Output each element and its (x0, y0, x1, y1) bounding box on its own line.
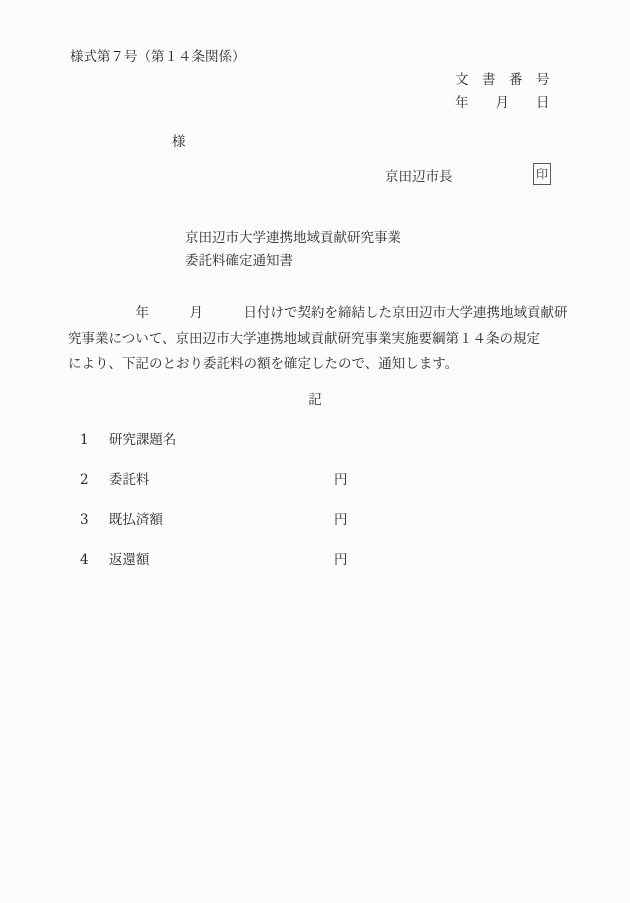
item-label: 委託料 (109, 468, 150, 488)
date-line: 年 月 日 (455, 91, 550, 111)
item-unit: 円 (334, 508, 348, 528)
document-title-line-2: 委託料確定通知書 (185, 249, 293, 269)
seal-box: 印 (533, 163, 551, 185)
list-item: 3 既払済額 円 (80, 508, 560, 526)
addressee-honorific: 様 (172, 130, 186, 150)
item-number: 1 (80, 432, 89, 448)
item-number: 4 (80, 552, 89, 568)
body-paragraph: 年 月 日付けで契約を締結した京田辺市大学連携地域貢献研 究事業について、京田辺… (68, 301, 588, 378)
document-page: 様式第７号（第１４条関係） 文 書 番 号 年 月 日 様 京田辺市長 印 京田… (0, 0, 630, 903)
item-number: 3 (80, 512, 89, 528)
seal-mark: 印 (536, 167, 548, 181)
list-item: 2 委託料 円 (80, 468, 560, 486)
body-line: により、下記のとおり委託料の額を確定したので、通知します。 (68, 352, 588, 378)
item-label: 研究課題名 (109, 428, 177, 448)
item-label: 返還額 (109, 548, 150, 568)
item-number: 2 (80, 472, 89, 488)
list-item: 1 研究課題名 (80, 428, 560, 446)
form-number: 様式第７号（第１４条関係） (70, 45, 246, 65)
sender-title: 京田辺市長 (385, 165, 453, 185)
item-unit: 円 (334, 548, 348, 568)
item-unit: 円 (334, 468, 348, 488)
notice-marker: 記 (0, 388, 630, 408)
document-title-line-1: 京田辺市大学連携地域貢献研究事業 (185, 226, 401, 246)
body-line: 究事業について、京田辺市大学連携地域貢献研究事業実施要綱第１４条の規定 (68, 327, 588, 353)
body-line: 年 月 日付けで契約を締結した京田辺市大学連携地域貢献研 (68, 301, 588, 327)
item-label: 既払済額 (109, 508, 163, 528)
document-number-label: 文 書 番 号 (455, 68, 550, 88)
list-item: 4 返還額 円 (80, 548, 560, 566)
